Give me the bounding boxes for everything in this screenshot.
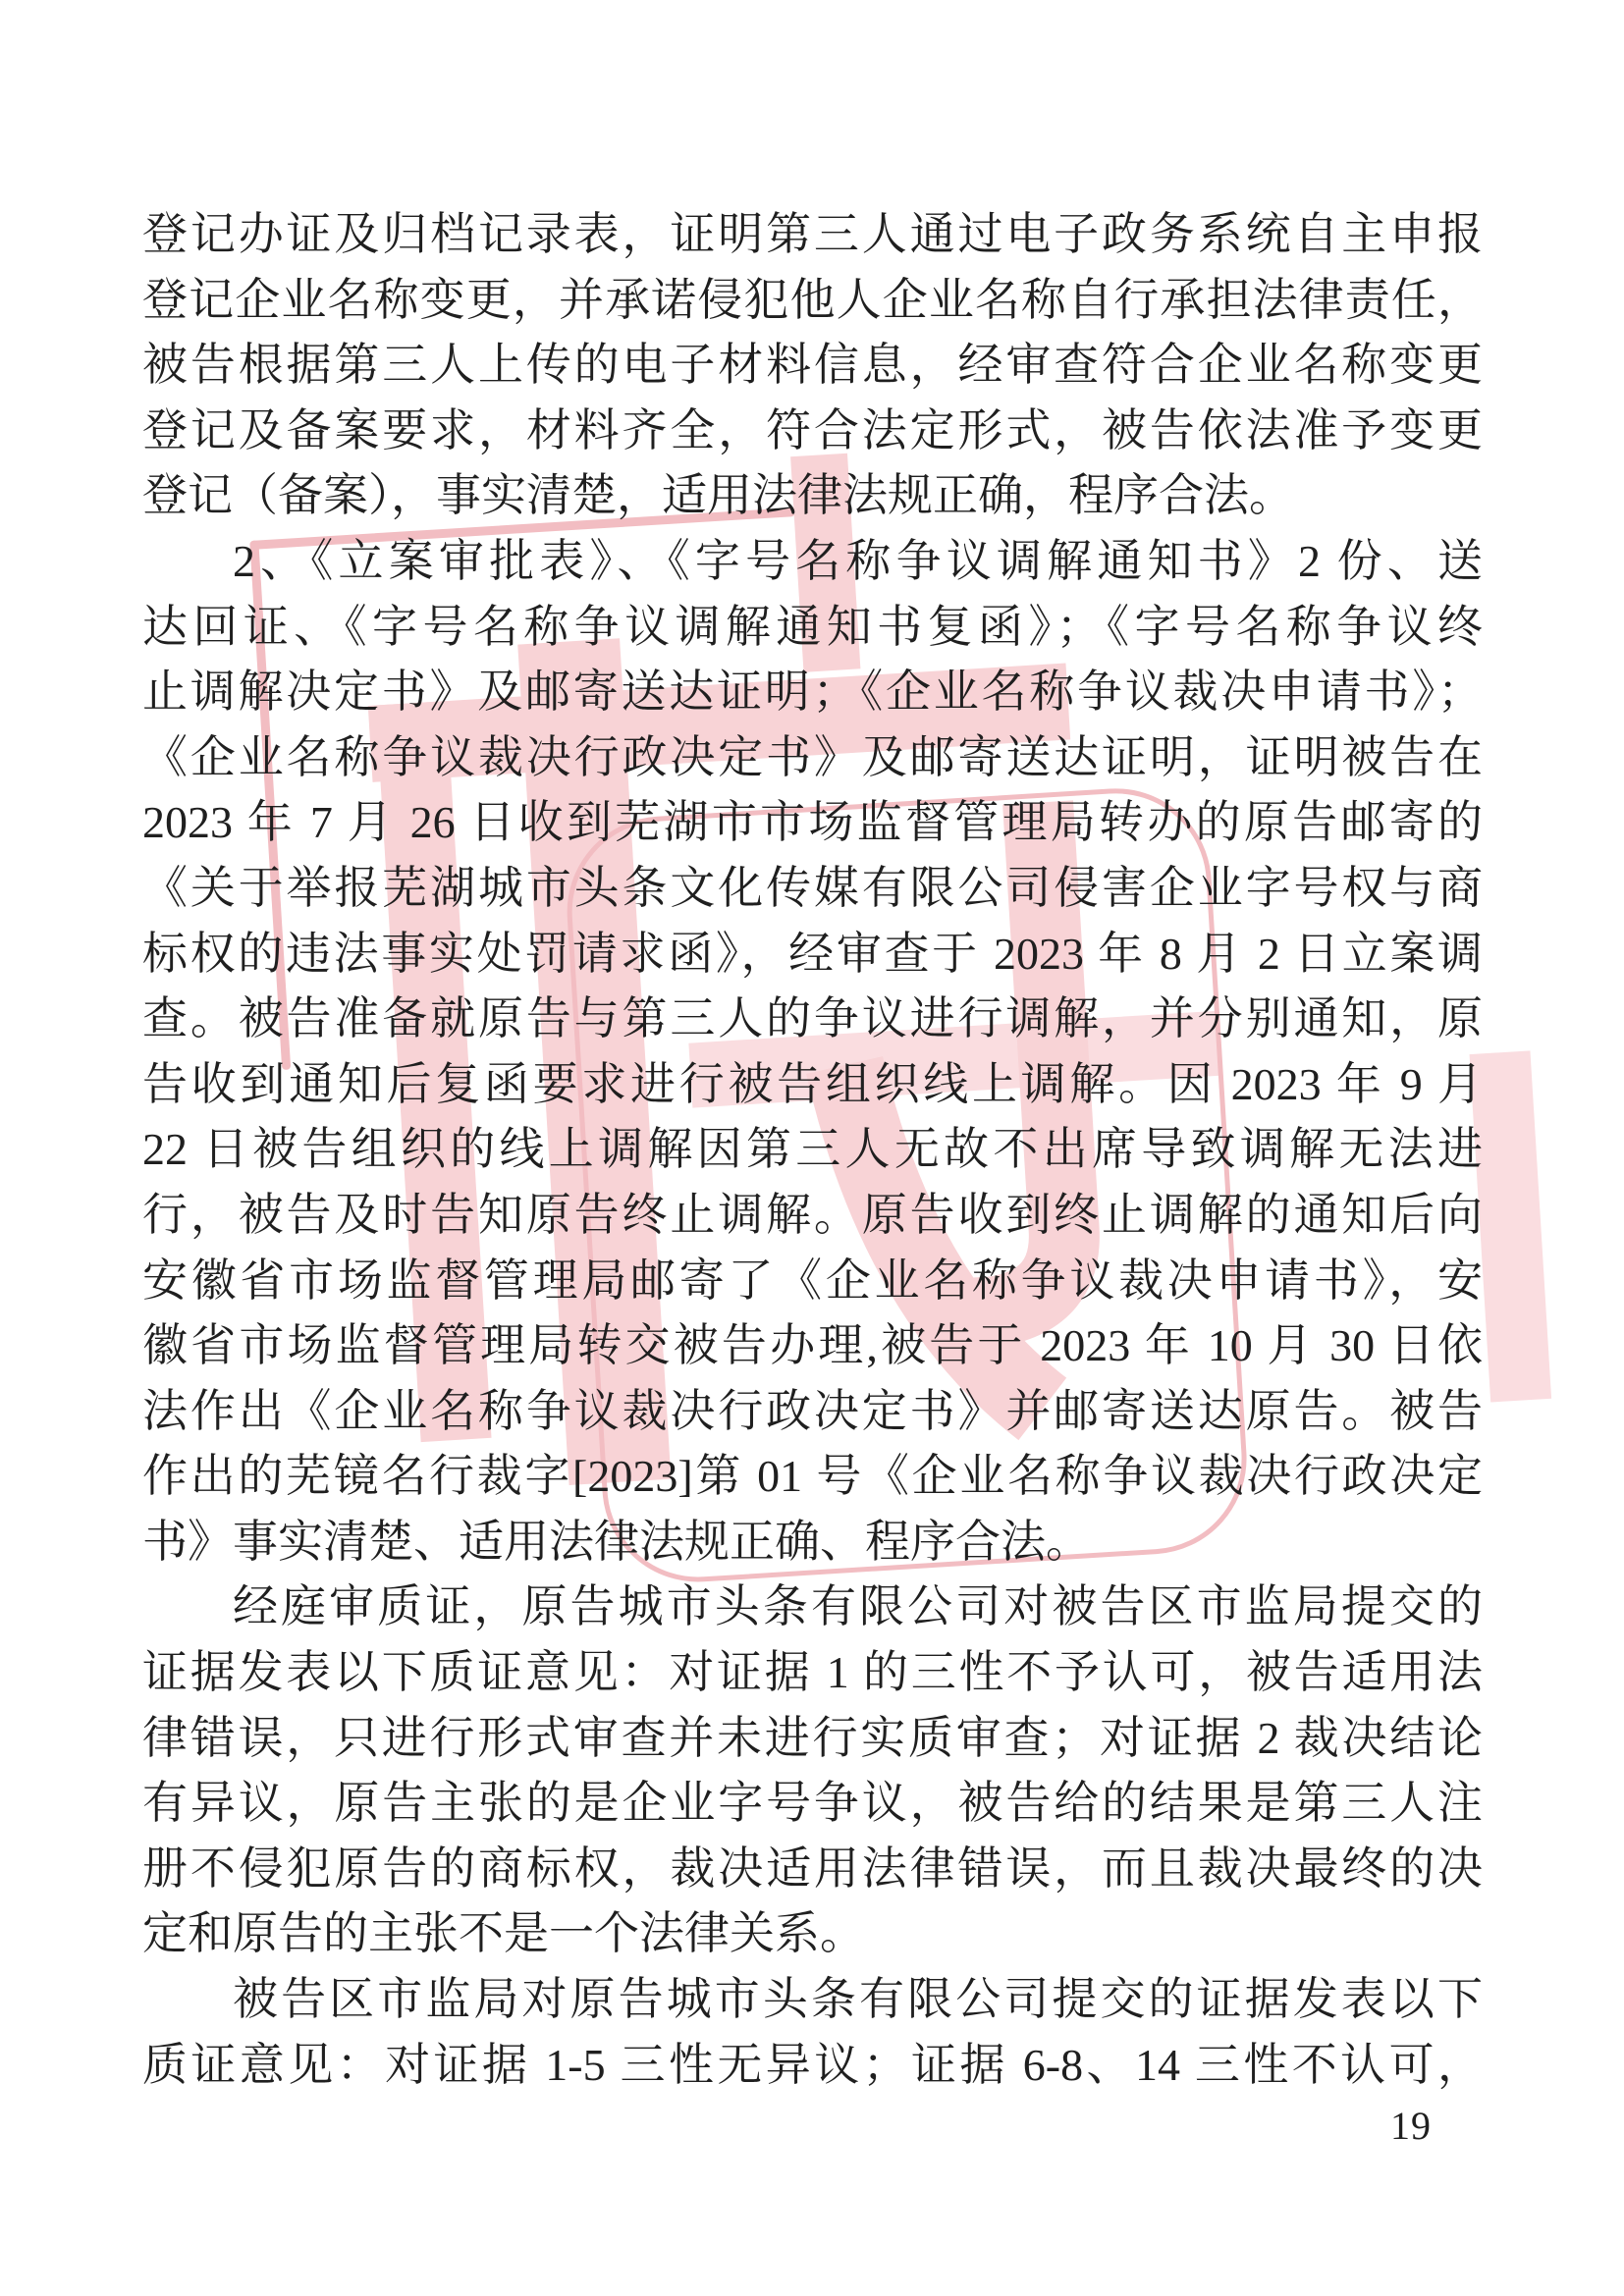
text-line: 2023 年 7 月 26 日收到芜湖市市场监督管理局转办的原告邮寄的: [142, 790, 1483, 856]
text-line: 安徽省市场监督管理局邮寄了《企业名称争议裁决申请书》，安: [142, 1249, 1483, 1314]
text-line: 质证意见：对证据 1-5 三性无异议；证据 6-8、14 三性不认可，: [142, 2033, 1483, 2099]
text-line: 登记及备案要求，材料齐全，符合法定形式，被告依法准予变更: [142, 399, 1483, 464]
text-line: 2、《立案审批表》、《字号名称争议调解通知书》2 份、送: [142, 529, 1483, 595]
text-line: 被告根据第三人上传的电子材料信息，经审查符合企业名称变更: [142, 333, 1483, 399]
text-line: 律错误，只进行形式审查并未进行实质审查；对证据 2 裁决结论: [142, 1706, 1483, 1772]
text-line: 登记（备案），事实清楚，适用法律法规正确，程序合法。: [142, 463, 1483, 529]
text-line: 书》事实清楚、适用法律法规正确、程序合法。: [142, 1510, 1483, 1575]
text-line: 有异议，原告主张的是企业字号争议，被告给的结果是第三人注: [142, 1771, 1483, 1837]
text-line: 作出的芜镜名行裁字[2023]第 01 号《企业名称争议裁决行政决定: [142, 1444, 1483, 1510]
text-line: 标权的违法事实处罚请求函》，经审查于 2023 年 8 月 2 日立案调: [142, 922, 1483, 988]
text-line: 《关于举报芜湖城市头条文化传媒有限公司侵害企业字号权与商: [142, 856, 1483, 922]
text-line: 告收到通知后复函要求进行被告组织线上调解。因 2023 年 9 月: [142, 1052, 1483, 1118]
text-line: 登记企业名称变更，并承诺侵犯他人企业名称自行承担法律责任，: [142, 268, 1483, 334]
text-line: 查。被告准备就原告与第三人的争议进行调解，并分别通知，原: [142, 987, 1483, 1052]
text-line: 定和原告的主张不是一个法律关系。: [142, 1901, 1483, 1967]
text-line: 被告区市监局对原告城市头条有限公司提交的证据发表以下: [142, 1967, 1483, 2033]
text-block: 登记办证及归档记录表，证明第三人通过电子政务系统自主申报登记企业名称变更，并承诺…: [142, 202, 1483, 2098]
page-number: 19: [1390, 2103, 1432, 2150]
text-line: 经庭审质证，原告城市头条有限公司对被告区市监局提交的: [142, 1575, 1483, 1640]
text-line: 徽省市场监督管理局转交被告办理,被告于 2023 年 10 月 30 日依: [142, 1313, 1483, 1379]
text-line: 22 日被告组织的线上调解因第三人无故不出席导致调解无法进: [142, 1117, 1483, 1183]
text-line: 法作出《企业名称争议裁决行政决定书》并邮寄送达原告。被告: [142, 1379, 1483, 1445]
text-line: 册不侵犯原告的商标权，裁决适用法律错误，而且裁决最终的决: [142, 1837, 1483, 1902]
text-line: 登记办证及归档记录表，证明第三人通过电子政务系统自主申报: [142, 202, 1483, 268]
text-line: 行，被告及时告知原告终止调解。原告收到终止调解的通知后向: [142, 1183, 1483, 1249]
text-line: 止调解决定书》及邮寄送达证明；《企业名称争议裁决申请书》；: [142, 660, 1483, 725]
text-line: 达回证、《字号名称争议调解通知书复函》；《字号名称争议终: [142, 595, 1483, 661]
document-page: 登记办证及归档记录表，证明第三人通过电子政务系统自主申报登记企业名称变更，并承诺…: [0, 0, 1624, 2296]
text-line: 证据发表以下质证意见：对证据 1 的三性不予认可，被告适用法: [142, 1640, 1483, 1706]
text-line: 《企业名称争议裁决行政决定书》及邮寄送达证明，证明被告在: [142, 725, 1483, 791]
